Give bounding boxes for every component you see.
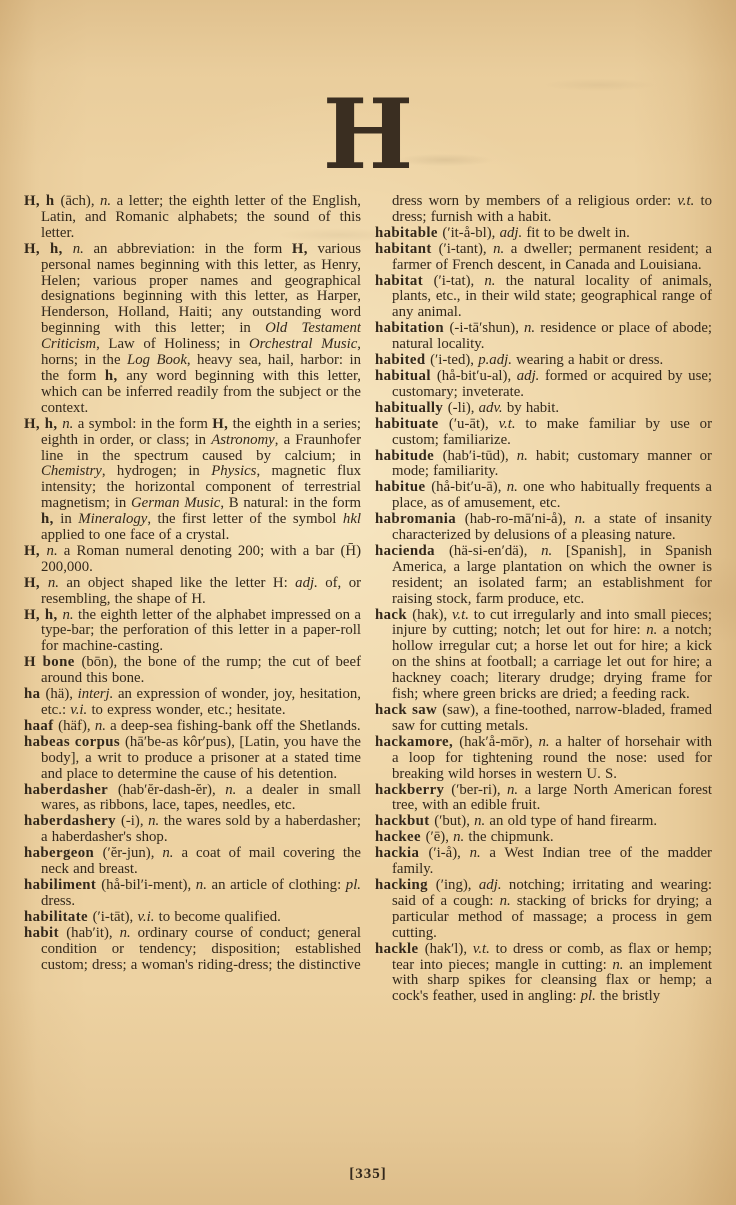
headword: habitual [375,368,437,384]
grammar-label: n. [162,845,173,861]
dictionary-entry: habromania (hab-ro-mā′ni-å), n. a state … [375,512,712,544]
dictionary-entry: hackberry (′ber-ri), n. a large North Am… [375,783,712,815]
headword: habilitate [24,909,93,925]
grammar-label: Chemistry [41,463,102,479]
headword: H, [212,416,228,432]
dictionary-entry: H bone (bōn), the bone of the rump; the … [24,655,361,687]
grammar-label: n. [541,543,552,559]
dictionary-entry: habitude (hab′i-tūd), n. habit; customar… [375,449,712,481]
definition-text: dress worn by members of a religious ord… [392,194,677,209]
dictionary-entry: habergeon (′ĕr-jun), n. a coat of mail c… [24,846,361,878]
definition-text: (′it-å-bl), [442,225,499,241]
headword: haberdashery [24,813,121,829]
dictionary-entry: habit (hab′it), n. ordinary course of co… [24,926,361,974]
dictionary-entry: H, h, n. an abbreviation: in the form H,… [24,242,361,417]
definition-text: fit to be dwelt in. [522,225,630,241]
left-column: H, h (āch), n. a letter; the eighth lett… [24,194,361,1169]
dictionary-entry: habitant (′i-tant), n. a dweller; perman… [375,242,712,274]
definition-text: an old type of hand firearm. [485,813,657,829]
headword: hack [375,607,412,623]
headword: h, [41,511,54,527]
grammar-label: adj. [500,225,523,241]
headword: h, [105,368,118,384]
headword: hackee [375,829,426,845]
entry-continuation: dress worn by members of a religious ord… [375,194,712,226]
definition-text: (hab′ĕr-dash-ĕr), [118,782,225,798]
dictionary-entry: hackia (′i-å), n. a West Indian tree of … [375,846,712,878]
headword: habituate [375,416,449,432]
headword: H, h, [24,416,62,432]
grammar-label: n. [73,241,84,257]
grammar-label: n. [484,273,495,289]
grammar-label: n. [453,829,464,845]
grammar-label: p.adj. [478,352,512,368]
dictionary-entry: habited (′i-ted), p.adj. wearing a habit… [375,353,712,369]
grammar-label: pl. [346,877,361,893]
right-column: dress worn by members of a religious ord… [375,194,712,1169]
grammar-label: n. [500,893,511,909]
definition-text: to become qualified. [154,909,280,925]
definition-text: a Roman numeral denoting 200; with a bar… [41,543,361,575]
grammar-label: Physics [211,463,256,479]
headword: habiliment [24,877,101,893]
dictionary-entry: haberdasher (hab′ĕr-dash-ĕr), n. a deale… [24,783,361,815]
grammar-label: pl. [581,988,596,1004]
dictionary-entry: habitat (′i-tat), n. the natural localit… [375,274,712,322]
definition-text: (′i-ted), [430,352,478,368]
definition-text: (′i-tāt), [93,909,138,925]
definition-text: (hak), [412,607,452,623]
grammar-label: German Music [131,495,220,511]
dictionary-entry: haberdashery (-i), n. the wares sold by … [24,814,361,846]
definition-text: (hak′å-mōr), [459,734,538,750]
definition-text: an article of clothing: [207,877,346,893]
headword: hack saw [375,702,442,718]
definition-text: the eighth letter of the alphabet impres… [41,607,361,655]
definition-text: the bristly [596,988,660,1004]
dictionary-page: H H, h (āch), n. a letter; the eighth le… [0,0,736,1205]
headword: H, h, [24,607,62,623]
grammar-label: v.i. [70,702,87,718]
definition-text: (bōn), the bone of the rump; the cut of … [41,654,361,686]
definition-text: (hak′l), [425,941,473,957]
definition-text: a deep-sea fishing-bank off the Shetland… [106,718,361,734]
page-number: [335] [0,1166,736,1183]
dictionary-entry: habitual (hå-bit′u-al), adj. formed or a… [375,369,712,401]
headword: H, [24,575,48,591]
definition-text: (′i-tat), [434,273,485,289]
headword: habitable [375,225,442,241]
headword: hackbut [375,813,434,829]
grammar-label: v.i. [137,909,154,925]
dictionary-entry: habilitate (′i-tāt), v.i. to become qual… [24,910,361,926]
definition-text: (′i-tant), [439,241,494,257]
dictionary-entry: ha (hä), interj. an expression of wonder… [24,687,361,719]
definition-text: (hå-bit′u-ā), [431,479,507,495]
grammar-label: v.t. [499,416,516,432]
headword: hackamore, [375,734,459,750]
definition-text: (āch), [60,194,100,209]
definition-text: (hab′it), [66,925,119,941]
definition-text: , the first letter of the symbol [147,511,343,527]
grammar-label: adj. [479,877,502,893]
definition-text: (′ber-ri), [451,782,507,798]
definition-text: (-li), [448,400,479,416]
grammar-label: n. [148,813,159,829]
headword: habitude [375,448,443,464]
grammar-label: Astronomy [211,432,275,448]
headword: habitat [375,273,434,289]
grammar-label: n. [225,782,236,798]
definition-text: by habit. [503,400,559,416]
grammar-label: v.t. [452,607,469,623]
headword: hackia [375,845,428,861]
headword: H bone [24,654,81,670]
grammar-label: adj. [295,575,318,591]
definition-text: the chipmunk. [464,829,553,845]
grammar-label: interj. [78,686,114,702]
dictionary-entry: hack (hak), v.t. to cut irregularly and … [375,608,712,703]
dictionary-entry: hackee (′ē), n. the chipmunk. [375,830,712,846]
dictionary-entry: habitable (′it-å-bl), adj. fit to be dwe… [375,226,712,242]
dictionary-entry: habituate (′u-āt), v.t. to make familiar… [375,417,712,449]
definition-text: (hä), [45,686,77,702]
definition-text: (hä-si-en′dä), [449,543,541,559]
definition-text: to express wonder, etc.; hesitate. [87,702,285,718]
grammar-label: adv. [479,400,503,416]
headword: hacking [375,877,436,893]
headword: habited [375,352,430,368]
definition-text: an abbreviation: in the form [84,241,292,257]
grammar-label: hkl [343,511,361,527]
headword: H, [292,241,308,257]
definition-text: (häf), [58,718,95,734]
headword: ha [24,686,45,702]
grammar-label: v.t. [473,941,490,957]
headword: habitually [375,400,448,416]
grammar-label: n. [575,511,586,527]
headword: H, h [24,194,60,209]
definition-text: a symbol: in the form [73,416,212,432]
grammar-label: n. [95,718,106,734]
grammar-label: Orchestral Music [249,336,357,352]
grammar-label: n. [507,782,518,798]
headword: habitant [375,241,439,257]
definition-text: , B natural: in the form [220,495,361,511]
headword: habromania [375,511,465,527]
grammar-label: n. [538,734,549,750]
definition-text: (hå-bit′u-al), [437,368,517,384]
grammar-label: n. [470,845,481,861]
dictionary-entry: hackamore, (hak′å-mōr), n. a halter of h… [375,735,712,783]
dictionary-entry: H, n. an object shaped like the letter H… [24,576,361,608]
dictionary-entry: habeas corpus (hā′be-as kôr′pus), [Latin… [24,735,361,783]
dictionary-entry: haaf (häf), n. a deep-sea fishing-bank o… [24,719,361,735]
dictionary-entry: hack saw (saw), a fine-toothed, narrow-b… [375,703,712,735]
grammar-label: n. [493,241,504,257]
grammar-label: n. [100,194,111,209]
dictionary-entry: H, h (āch), n. a letter; the eighth lett… [24,194,361,242]
headword: hacienda [375,543,449,559]
headword: hackle [375,941,425,957]
dictionary-entry: hackbut (′but), n. an old type of hand f… [375,814,712,830]
headword: habit [24,925,66,941]
headword: H, h, [24,241,73,257]
headword: habergeon [24,845,103,861]
grammar-label: n. [612,957,623,973]
definition-text: dress. [41,893,75,909]
grammar-label: n. [524,320,535,336]
section-letter-heading: H [0,0,736,172]
dictionary-entry: hacienda (hä-si-en′dä), n. [Spanish], in… [375,544,712,608]
definition-text: (′ĕr-jun), [103,845,163,861]
dictionary-entry: hackle (hak′l), v.t. to dress or comb, a… [375,942,712,1006]
definition-text: , hydrogen; in [102,463,211,479]
definition-text: applied to one face of a crystal. [41,527,229,543]
definition-text: (hab′i-tūd), [443,448,517,464]
grammar-label: n. [507,479,518,495]
definition-text: (hab-ro-mā′ni-å), [465,511,575,527]
definition-text: (-i), [121,813,148,829]
definition-text: (′i-å), [428,845,469,861]
grammar-label: Log Book [127,352,187,368]
headword: habitation [375,320,450,336]
dictionary-entry: H, h, n. the eighth letter of the alphab… [24,608,361,656]
dictionary-entry: H, h, n. a symbol: in the form H, the ei… [24,417,361,544]
headword: habitue [375,479,431,495]
dictionary-entry: habiliment (hå-bil′i-ment), n. an articl… [24,878,361,910]
definition-text: , Law of Holiness; in [96,336,249,352]
grammar-label: n. [48,575,59,591]
grammar-label: adj. [517,368,540,384]
definition-text: (′u-āt), [449,416,499,432]
grammar-label: n. [517,448,528,464]
headword: haaf [24,718,58,734]
headword: haberdasher [24,782,118,798]
grammar-label: n. [62,607,73,623]
definition-text: an object shaped like the letter H: [59,575,295,591]
definition-text: (′ē), [426,829,454,845]
headword: habeas corpus [24,734,125,750]
grammar-label: n. [474,813,485,829]
definition-text: in [54,511,79,527]
definition-text: (-i-tā′shun), [450,320,525,336]
grammar-label: n. [47,543,58,559]
definition-text: (′ing), [436,877,479,893]
grammar-label: n. [196,877,207,893]
definition-text: (hå-bil′i-ment), [101,877,196,893]
dictionary-entry: hacking (′ing), adj. notching; irritatin… [375,878,712,942]
dictionary-entry: habitation (-i-tā′shun), n. residence or… [375,321,712,353]
grammar-label: v.t. [677,194,694,209]
grammar-label: n. [120,925,131,941]
dictionary-entry: H, n. a Roman numeral denoting 200; with… [24,544,361,576]
grammar-label: Mineralogy [78,511,147,527]
headword: hackberry [375,782,451,798]
grammar-label: n. [646,622,657,638]
headword: H, [24,543,47,559]
dictionary-entry: habitually (-li), adv. by habit. [375,401,712,417]
dictionary-entry: habitue (hå-bit′u-ā), n. one who habitua… [375,480,712,512]
grammar-label: n. [62,416,73,432]
definition-text: wearing a habit or dress. [512,352,663,368]
definition-text: (′but), [434,813,474,829]
text-columns: H, h (āch), n. a letter; the eighth lett… [0,172,736,1169]
